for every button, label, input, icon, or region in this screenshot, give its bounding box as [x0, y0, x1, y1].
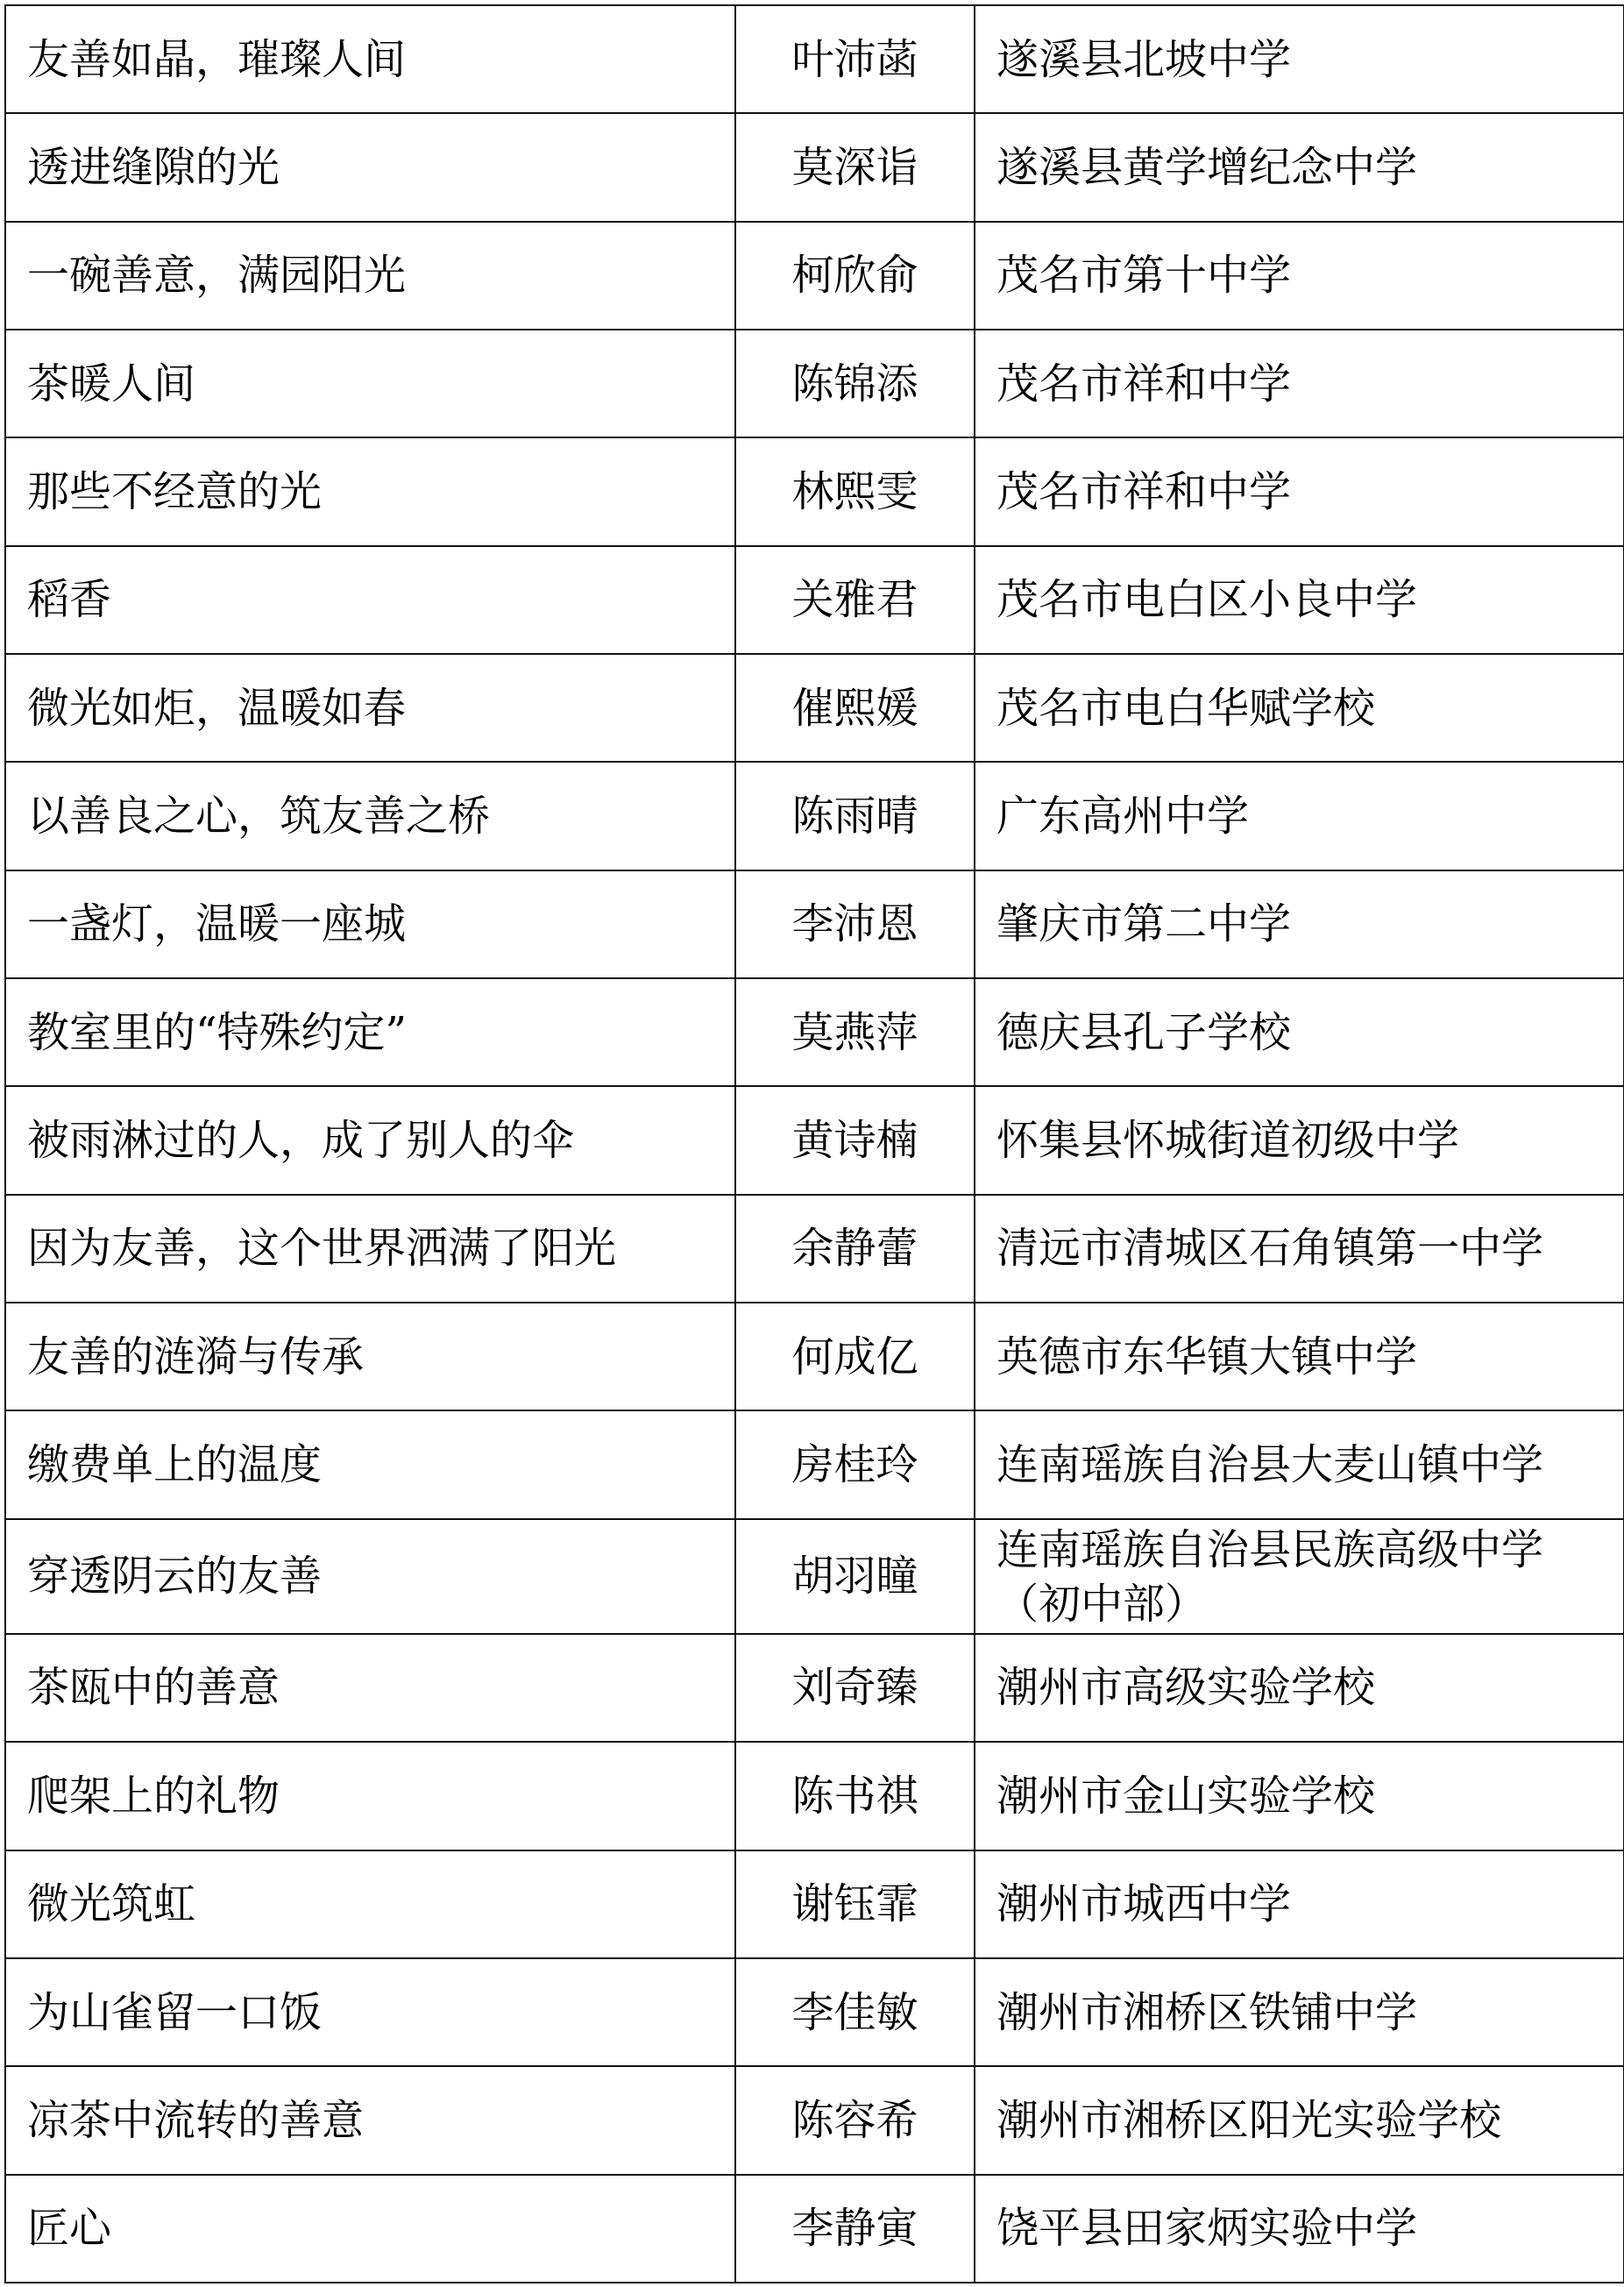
author-cell: 陈书祺: [735, 1742, 975, 1850]
school-cell: 饶平县田家炳实验中学: [975, 2175, 1624, 2283]
title-cell: 友善如晶，璀璨人间: [5, 5, 735, 113]
school-cell: 英德市东华镇大镇中学: [975, 1303, 1624, 1410]
title-cell: 被雨淋过的人，成了别人的伞: [5, 1086, 735, 1194]
table-row: 教室里的“特殊约定” 莫燕萍 德庆县孔子学校: [5, 978, 1624, 1086]
school-cell: 茂名市电白华赋学校: [975, 654, 1624, 762]
school-cell: 连南瑶族自治县大麦山镇中学: [975, 1410, 1624, 1518]
title-cell: 微光筑虹: [5, 1850, 735, 1958]
school-line-2: （初中部）: [996, 1577, 1606, 1631]
table-row: 一碗善意，满园阳光 柯欣俞 茂名市第十中学: [5, 222, 1624, 330]
title-cell: 穿透阴云的友善: [5, 1519, 735, 1634]
school-cell: 潮州市湘桥区铁铺中学: [975, 1958, 1624, 2066]
title-cell: 微光如炬，温暖如春: [5, 654, 735, 762]
table-row: 茶瓯中的善意 刘奇臻 潮州市高级实验学校: [5, 1634, 1624, 1742]
awards-table: 友善如晶，璀璨人间 叶沛菡 遂溪县北坡中学 透进缝隙的光 莫深诣 遂溪县黄学增纪…: [4, 4, 1624, 2283]
title-cell: 教室里的“特殊约定”: [5, 978, 735, 1086]
title-cell: 匠心: [5, 2175, 735, 2283]
author-cell: 柯欣俞: [735, 222, 975, 330]
author-cell: 刘奇臻: [735, 1634, 975, 1742]
author-cell: 莫深诣: [735, 113, 975, 221]
author-cell: 余静蕾: [735, 1195, 975, 1303]
school-cell: 茂名市第十中学: [975, 222, 1624, 330]
title-cell: 为山雀留一口饭: [5, 1958, 735, 2066]
author-cell: 叶沛菡: [735, 5, 975, 113]
title-cell: 以善良之心，筑友善之桥: [5, 762, 735, 870]
awards-table-body: 友善如晶，璀璨人间 叶沛菡 遂溪县北坡中学 透进缝隙的光 莫深诣 遂溪县黄学增纪…: [5, 5, 1624, 2283]
school-cell: 德庆县孔子学校: [975, 978, 1624, 1086]
author-cell: 李沛恩: [735, 870, 975, 978]
school-cell: 遂溪县北坡中学: [975, 5, 1624, 113]
school-cell: 潮州市高级实验学校: [975, 1634, 1624, 1742]
author-cell: 陈雨晴: [735, 762, 975, 870]
school-cell: 潮州市金山实验学校: [975, 1742, 1624, 1850]
table-row: 微光筑虹 谢钰霏 潮州市城西中学: [5, 1850, 1624, 1958]
table-row: 匠心 李静寅 饶平县田家炳实验中学: [5, 2175, 1624, 2283]
author-cell: 催熙媛: [735, 654, 975, 762]
title-cell: 因为友善，这个世界洒满了阳光: [5, 1195, 735, 1303]
title-cell: 爬架上的礼物: [5, 1742, 735, 1850]
author-cell: 何成亿: [735, 1303, 975, 1410]
title-cell: 友善的涟漪与传承: [5, 1303, 735, 1410]
title-cell: 一盏灯，温暖一座城: [5, 870, 735, 978]
table-row: 以善良之心，筑友善之桥 陈雨晴 广东高州中学: [5, 762, 1624, 870]
school-cell: 潮州市湘桥区阳光实验学校: [975, 2066, 1624, 2174]
table-row: 稻香 关雅君 茂名市电白区小良中学: [5, 546, 1624, 654]
school-cell: 连南瑶族自治县民族高级中学 （初中部）: [975, 1519, 1624, 1634]
author-cell: 陈锦添: [735, 330, 975, 437]
title-cell: 一碗善意，满园阳光: [5, 222, 735, 330]
table-row: 一盏灯，温暖一座城 李沛恩 肇庆市第二中学: [5, 870, 1624, 978]
title-cell: 茶瓯中的善意: [5, 1634, 735, 1742]
table-row: 微光如炬，温暖如春 催熙媛 茂名市电白华赋学校: [5, 654, 1624, 762]
author-cell: 黄诗楠: [735, 1086, 975, 1194]
title-cell: 凉茶中流转的善意: [5, 2066, 735, 2174]
author-cell: 谢钰霏: [735, 1850, 975, 1958]
school-cell: 茂名市祥和中学: [975, 330, 1624, 437]
author-cell: 陈容希: [735, 2066, 975, 2174]
school-cell: 广东高州中学: [975, 762, 1624, 870]
table-row: 为山雀留一口饭 李佳敏 潮州市湘桥区铁铺中学: [5, 1958, 1624, 2066]
table-row: 友善如晶，璀璨人间 叶沛菡 遂溪县北坡中学: [5, 5, 1624, 113]
author-cell: 房桂玲: [735, 1410, 975, 1518]
school-cell: 潮州市城西中学: [975, 1850, 1624, 1958]
title-cell: 那些不经意的光: [5, 437, 735, 545]
table-row: 透进缝隙的光 莫深诣 遂溪县黄学增纪念中学: [5, 113, 1624, 221]
title-cell: 茶暖人间: [5, 330, 735, 437]
school-cell: 茂名市电白区小良中学: [975, 546, 1624, 654]
author-cell: 莫燕萍: [735, 978, 975, 1086]
table-row: 凉茶中流转的善意 陈容希 潮州市湘桥区阳光实验学校: [5, 2066, 1624, 2174]
school-cell: 怀集县怀城街道初级中学: [975, 1086, 1624, 1194]
title-cell: 稻香: [5, 546, 735, 654]
school-cell: 清远市清城区石角镇第一中学: [975, 1195, 1624, 1303]
table-row: 穿透阴云的友善 胡羽瞳 连南瑶族自治县民族高级中学 （初中部）: [5, 1519, 1624, 1634]
school-cell: 遂溪县黄学增纪念中学: [975, 113, 1624, 221]
table-row: 那些不经意的光 林熙雯 茂名市祥和中学: [5, 437, 1624, 545]
title-cell: 透进缝隙的光: [5, 113, 735, 221]
school-line-1: 连南瑶族自治县民族高级中学: [996, 1523, 1606, 1577]
author-cell: 林熙雯: [735, 437, 975, 545]
school-cell: 肇庆市第二中学: [975, 870, 1624, 978]
table-row: 爬架上的礼物 陈书祺 潮州市金山实验学校: [5, 1742, 1624, 1850]
school-cell: 茂名市祥和中学: [975, 437, 1624, 545]
author-cell: 李静寅: [735, 2175, 975, 2283]
table-row: 茶暖人间 陈锦添 茂名市祥和中学: [5, 330, 1624, 437]
title-cell: 缴费单上的温度: [5, 1410, 735, 1518]
author-cell: 关雅君: [735, 546, 975, 654]
author-cell: 李佳敏: [735, 1958, 975, 2066]
table-row: 被雨淋过的人，成了别人的伞 黄诗楠 怀集县怀城街道初级中学: [5, 1086, 1624, 1194]
author-cell: 胡羽瞳: [735, 1519, 975, 1634]
table-row: 因为友善，这个世界洒满了阳光 余静蕾 清远市清城区石角镇第一中学: [5, 1195, 1624, 1303]
table-row: 缴费单上的温度 房桂玲 连南瑶族自治县大麦山镇中学: [5, 1410, 1624, 1518]
table-row: 友善的涟漪与传承 何成亿 英德市东华镇大镇中学: [5, 1303, 1624, 1410]
